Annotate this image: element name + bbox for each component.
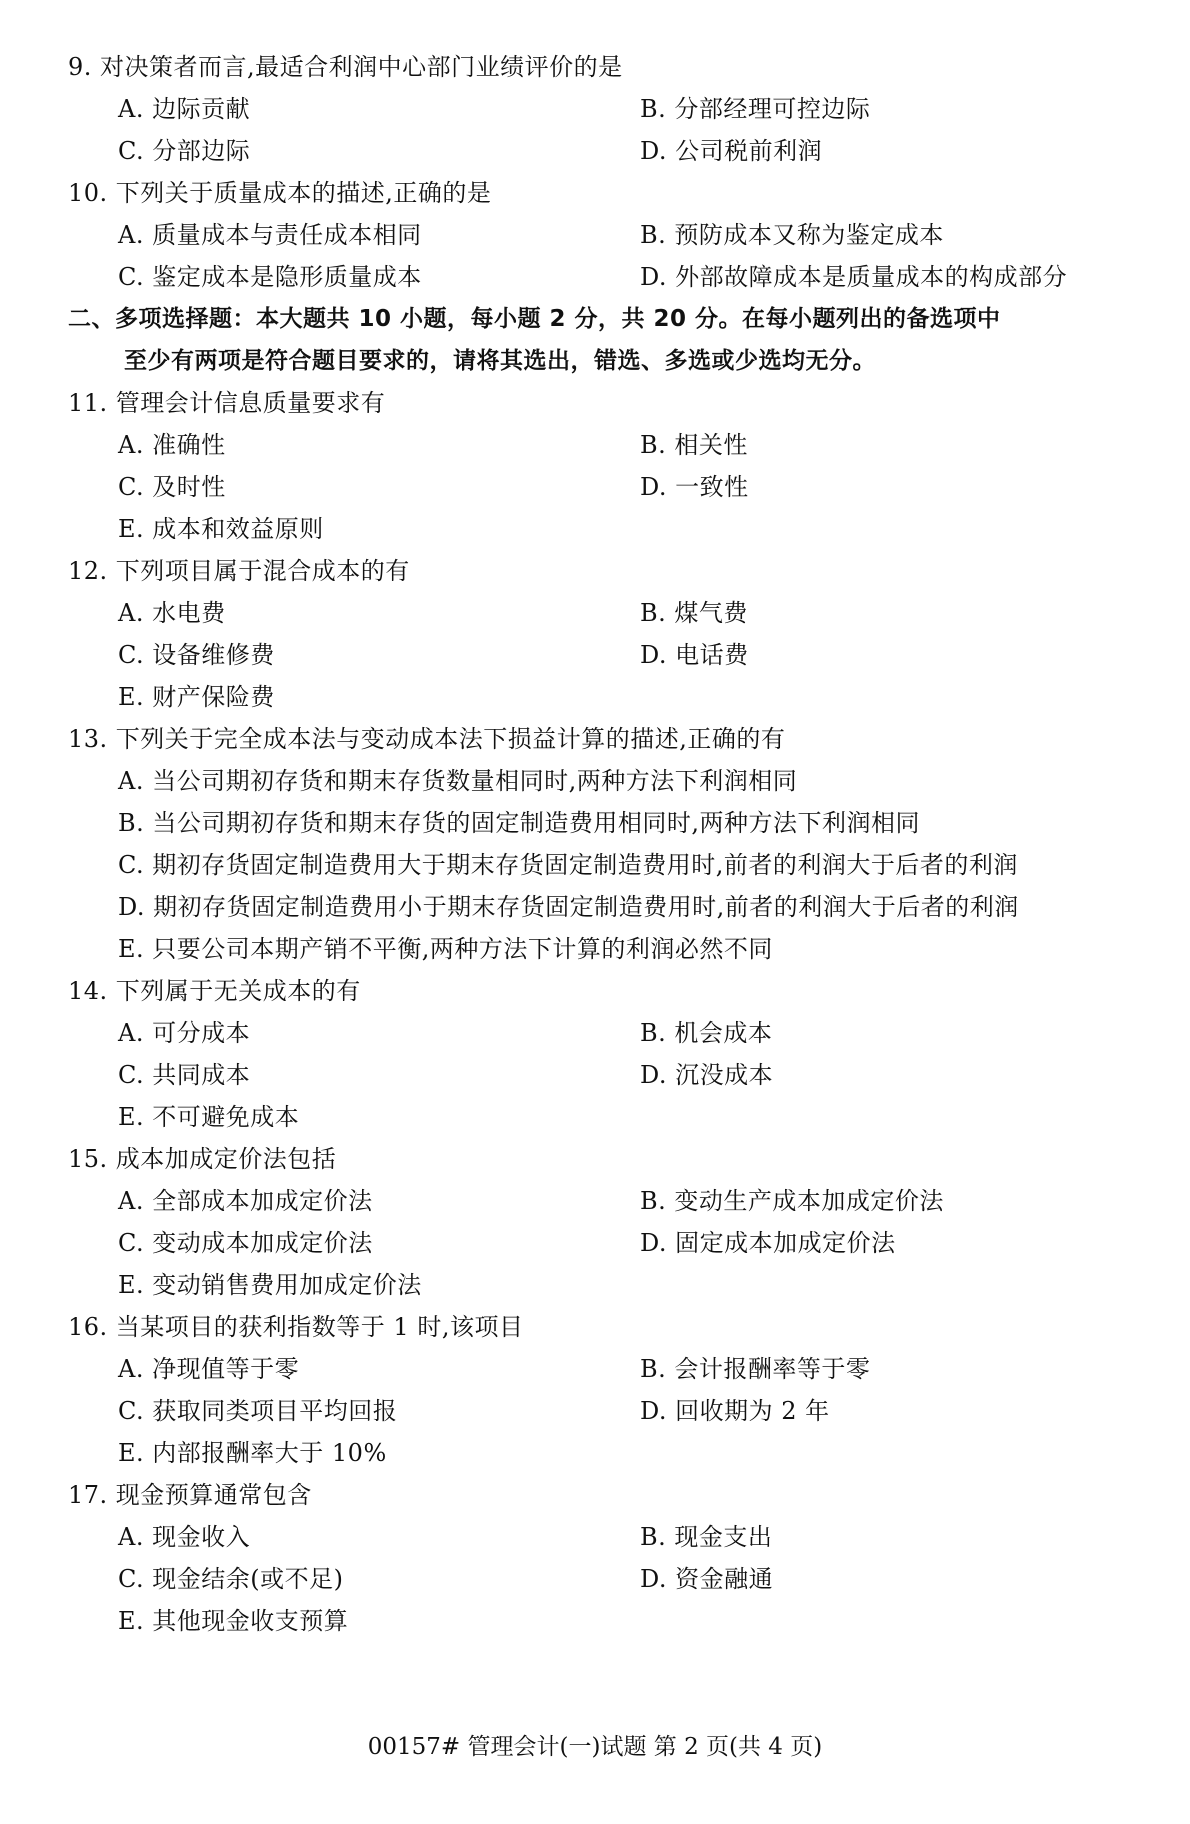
q13-option-e: E. 只要公司本期产销不平衡,两种方法下计算的利润必然不同 (118, 932, 773, 966)
q12-option-a: A. 水电费 (118, 596, 226, 630)
q9-stem: 9. 对决策者而言,最适合利润中心部门业绩评价的是 (68, 50, 623, 84)
q10-option-c: C. 鉴定成本是隐形质量成本 (118, 260, 422, 294)
q16-option-e: E. 内部报酬率大于 10% (118, 1436, 387, 1470)
q15-option-e: E. 变动销售费用加成定价法 (118, 1268, 422, 1302)
q17-option-e: E. 其他现金收支预算 (118, 1604, 348, 1638)
q16-option-b: B. 会计报酬率等于零 (640, 1352, 870, 1386)
q16-option-a: A. 净现值等于零 (118, 1352, 299, 1386)
q14-option-e: E. 不可避免成本 (118, 1100, 299, 1134)
q14-stem: 14. 下列属于无关成本的有 (68, 974, 361, 1008)
q15-option-c: C. 变动成本加成定价法 (118, 1226, 373, 1260)
q12-option-c: C. 设备维修费 (118, 638, 275, 672)
q13-option-d: D. 期初存货固定制造费用小于期末存货固定制造费用时,前者的利润大于后者的利润 (118, 890, 1019, 924)
q11-option-d: D. 一致性 (640, 470, 749, 504)
q15-option-d: D. 固定成本加成定价法 (640, 1226, 896, 1260)
q14-option-a: A. 可分成本 (118, 1016, 250, 1050)
q10-option-d: D. 外部故障成本是质量成本的构成部分 (640, 260, 1067, 294)
q13-option-b: B. 当公司期初存货和期末存货的固定制造费用相同时,两种方法下利润相同 (118, 806, 920, 840)
section2-instructions: 至少有两项是符合题目要求的，请将其选出，错选、多选或少选均无分。 (124, 344, 876, 378)
q10-option-a: A. 质量成本与责任成本相同 (118, 218, 422, 252)
q15-option-b: B. 变动生产成本加成定价法 (640, 1184, 944, 1218)
q13-stem: 13. 下列关于完全成本法与变动成本法下损益计算的描述,正确的有 (68, 722, 785, 756)
page-footer: 00157# 管理会计(一)试题 第 2 页(共 4 页) (0, 1728, 1190, 1761)
q14-option-b: B. 机会成本 (640, 1016, 772, 1050)
q14-option-c: C. 共同成本 (118, 1058, 250, 1092)
q16-option-c: C. 获取同类项目平均回报 (118, 1394, 397, 1428)
q17-option-c: C. 现金结余(或不足) (118, 1562, 344, 1596)
q11-stem: 11. 管理会计信息质量要求有 (68, 386, 385, 420)
q12-option-e: E. 财产保险费 (118, 680, 275, 714)
q17-stem: 17. 现金预算通常包含 (68, 1478, 312, 1512)
q9-option-c: C. 分部边际 (118, 134, 250, 168)
q11-option-e: E. 成本和效益原则 (118, 512, 324, 546)
q12-option-b: B. 煤气费 (640, 596, 748, 630)
exam-page: 9. 对决策者而言,最适合利润中心部门业绩评价的是 A. 边际贡献 B. 分部经… (0, 0, 1190, 1824)
q9-option-d: D. 公司税前利润 (640, 134, 822, 168)
q12-option-d: D. 电话费 (640, 638, 749, 672)
q11-option-b: B. 相关性 (640, 428, 748, 462)
q11-option-a: A. 准确性 (118, 428, 226, 462)
q10-option-b: B. 预防成本又称为鉴定成本 (640, 218, 944, 252)
q16-option-d: D. 回收期为 2 年 (640, 1394, 830, 1428)
q17-option-d: D. 资金融通 (640, 1562, 773, 1596)
section2-heading: 二、多项选择题：本大题共 10 小题，每小题 2 分，共 20 分。在每小题列出… (68, 302, 1001, 336)
q13-option-c: C. 期初存货固定制造费用大于期末存货固定制造费用时,前者的利润大于后者的利润 (118, 848, 1018, 882)
q11-option-c: C. 及时性 (118, 470, 226, 504)
q15-stem: 15. 成本加成定价法包括 (68, 1142, 336, 1176)
q9-option-b: B. 分部经理可控边际 (640, 92, 870, 126)
q12-stem: 12. 下列项目属于混合成本的有 (68, 554, 410, 588)
q17-option-b: B. 现金支出 (640, 1520, 772, 1554)
q14-option-d: D. 沉没成本 (640, 1058, 773, 1092)
q16-stem: 16. 当某项目的获利指数等于 1 时,该项目 (68, 1310, 523, 1344)
q15-option-a: A. 全部成本加成定价法 (118, 1184, 373, 1218)
q10-stem: 10. 下列关于质量成本的描述,正确的是 (68, 176, 491, 210)
q17-option-a: A. 现金收入 (118, 1520, 250, 1554)
q13-option-a: A. 当公司期初存货和期末存货数量相同时,两种方法下利润相同 (118, 764, 797, 798)
q9-option-a: A. 边际贡献 (118, 92, 250, 126)
